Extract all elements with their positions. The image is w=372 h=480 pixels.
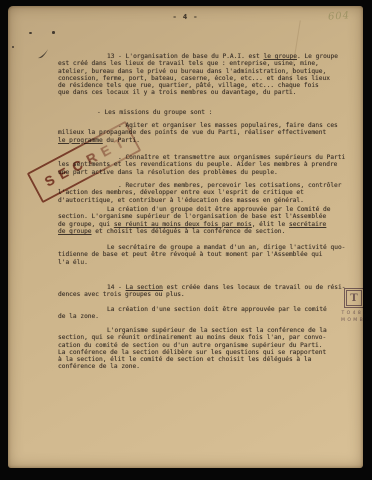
paragraph: Le secrétaire de groupe a mandat d'un an… [58,244,348,266]
handwritten-number: 604 [328,10,351,23]
archive-stamp-row: T O 4 8 8 [341,311,367,317]
scan-background: { "page": { "number_label": "- 4 -", "ha… [0,0,372,480]
paragraph: L'organisme supérieur de la section est … [58,327,348,371]
paragraph: . Recruter des membres, percevoir les co… [58,182,348,204]
paragraph: 14 - La section est créée dans les locau… [58,284,348,299]
archive-stamp: T T O 4 8 8 M O M B O [341,290,367,324]
page-number: - 4 - [8,13,363,21]
archive-stamp-box: T [346,290,362,306]
ink-dot [29,32,32,34]
archive-stamp-letter: T [350,293,357,304]
paragraph: 13 - L'organisation de base du P.A.I. es… [58,53,348,97]
paragraph: La création d'une section doit être appr… [58,306,348,321]
paper: - 4 - 604 13 - L'organisation de base du… [8,6,363,468]
paragraph: La création d'un groupe doit être approu… [58,206,348,235]
archive-stamp-row: M O M B O [341,318,367,324]
paragraph: - Les missions du groupe sont : [58,109,348,116]
ink-dot [52,31,55,34]
ink-squiggle-icon [36,48,52,60]
ink-dot [12,46,14,48]
